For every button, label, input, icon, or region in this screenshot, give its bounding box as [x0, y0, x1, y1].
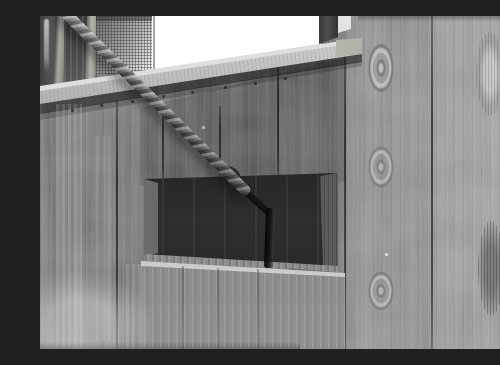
- nail-head: [224, 86, 227, 89]
- nail-head: [71, 109, 74, 112]
- barn-wall-photo: Black-and-white photograph of a weathere…: [40, 16, 500, 349]
- hatch-jamb-right: [40, 16, 500, 349]
- beam-joint: [217, 268, 219, 349]
- plank-seam: [277, 58, 279, 180]
- wood-knot: [367, 144, 395, 190]
- sky: [40, 16, 500, 349]
- window-frame-mullion: [85, 16, 99, 82]
- grain-figure: [476, 32, 500, 116]
- hatch-corner-shadow: [40, 16, 500, 349]
- weathering-streak: [56, 104, 82, 349]
- plank-seam: [116, 100, 118, 349]
- rope-inside-hatch: [230, 176, 274, 218]
- wood-knot: [366, 268, 396, 314]
- grain-figure: [478, 221, 500, 316]
- nail-head: [284, 77, 287, 80]
- rope-hanging-inside: [264, 208, 275, 268]
- hatch-opening: [40, 16, 500, 349]
- panel-seam: [431, 16, 433, 349]
- beam-joint: [257, 269, 259, 349]
- nail-head: [162, 95, 165, 98]
- window-sill: [40, 16, 500, 349]
- window-frame-right-post: [319, 16, 338, 44]
- hatch-jamb-left: [40, 16, 500, 349]
- nail-head: [254, 82, 257, 85]
- sky-sliver: [40, 16, 500, 349]
- nail-head: [100, 104, 103, 107]
- bottom-edge-shade: [40, 342, 300, 349]
- nail-head: [131, 100, 134, 103]
- sill-end-cap: [40, 16, 500, 349]
- sill-shadow-soft: [40, 16, 500, 349]
- top-edge-shade: [358, 16, 500, 22]
- corner-highlight: [44, 19, 49, 73]
- wall-shade-above-hatch: [40, 16, 500, 349]
- sill-highlight: [40, 16, 500, 349]
- beam-joint: [182, 266, 184, 349]
- panel-seam: [344, 54, 346, 349]
- wall-corner-trim: [40, 16, 57, 96]
- paint-speck: [202, 126, 205, 129]
- mesh-frame-edge: [153, 16, 155, 69]
- wood-grain-texture: [40, 16, 500, 349]
- plank-seam: [219, 106, 221, 179]
- nail-head: [191, 91, 194, 94]
- weathering-streak: [126, 264, 144, 349]
- paint-speck: [385, 253, 388, 256]
- wood-knot: [368, 43, 394, 93]
- window-dark-pane: [64, 16, 88, 85]
- mesh-top-rail: [96, 16, 157, 21]
- rope-hook: [223, 164, 243, 182]
- beam-top-edge: [40, 16, 500, 349]
- weathering-haze: [40, 271, 155, 349]
- hatch-inner-ledge: [40, 16, 500, 349]
- beam-below-hatch: [40, 16, 500, 349]
- sill-shadow: [40, 16, 500, 349]
- window-frame-left: [53, 16, 68, 90]
- wood-wall: [40, 16, 500, 349]
- weathering-streak: [96, 136, 114, 341]
- rope: [58, 16, 252, 198]
- window-mesh-screen: [96, 16, 157, 74]
- plank-seam: [162, 108, 164, 180]
